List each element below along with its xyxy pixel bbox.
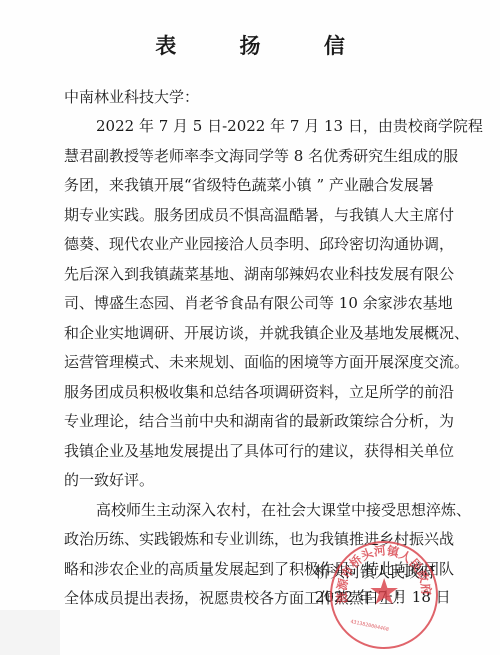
- title-char: 信: [324, 30, 345, 60]
- body-line: 高校师生主动深入农村，在社会大课堂中接受思想淬炼、: [64, 496, 426, 526]
- scan-shadow: [0, 610, 60, 655]
- issue-date: 2022 年 7 月 18 日: [315, 585, 451, 610]
- signature-block: 桥头河镇人民政府 2022 年 7 月 18 日: [315, 560, 451, 610]
- body-line: 务团，来我镇开展“省级特色蔬菜小镇 ” 产业融合发展暑: [64, 171, 426, 201]
- title-char: 扬: [240, 30, 261, 60]
- body-line: 2022 年 7 月 5 日-2022 年 7 月 13 日，由贵校商学院程: [64, 112, 426, 142]
- issuer-name: 桥头河镇人民政府: [315, 560, 451, 585]
- body-line: 和企业实地调研、开展访谈，并就我镇企业及基地发展概况、: [64, 319, 426, 349]
- body-line: 期专业实践。服务团成员不惧高温酷暑，与我镇人大主席付: [64, 201, 426, 231]
- body-line: 慧君副教授等老师率李文海同学等 8 名优秀研究生组成的服: [64, 142, 426, 172]
- body-line: 我镇企业及基地发展提出了具体可行的建议，获得相关单位: [64, 437, 426, 467]
- body-line: 司、博盛生态园、肖老爷食品有限公司等 10 余家涉农基地: [64, 289, 426, 319]
- body-line: 德葵、现代农业产业园接洽人员李明、邱玲密切沟通协调，: [64, 230, 426, 260]
- body-line: 政治历练、实践锻炼和专业训练，也为我镇推进乡村振兴战: [64, 525, 426, 555]
- letter-title: 表 扬 信: [0, 30, 500, 60]
- letter-body: 2022 年 7 月 5 日-2022 年 7 月 13 日，由贵校商学院程 慧…: [64, 112, 426, 614]
- seal-code: 4313820004468: [350, 619, 390, 633]
- body-line: 的一致好评。: [64, 466, 426, 496]
- body-line: 先后深入到我镇蔬菜基地、湖南邬辣妈农业科技发展有限公: [64, 260, 426, 290]
- title-char: 表: [155, 30, 176, 60]
- body-line: 专业理论，结合当前中央和湖南省的最新政策综合分析，为: [64, 407, 426, 437]
- letter-page: 表 扬 信 中南林业科技大学： 2022 年 7 月 5 日-2022 年 7 …: [0, 0, 500, 655]
- body-line: 服务团成员积极收集和总结各项调研资料，立足所学的前沿: [64, 378, 426, 408]
- salutation: 中南林业科技大学：: [64, 86, 199, 107]
- body-line: 运营管理模式、未来规划、面临的困境等方面开展深度交流。: [64, 348, 426, 378]
